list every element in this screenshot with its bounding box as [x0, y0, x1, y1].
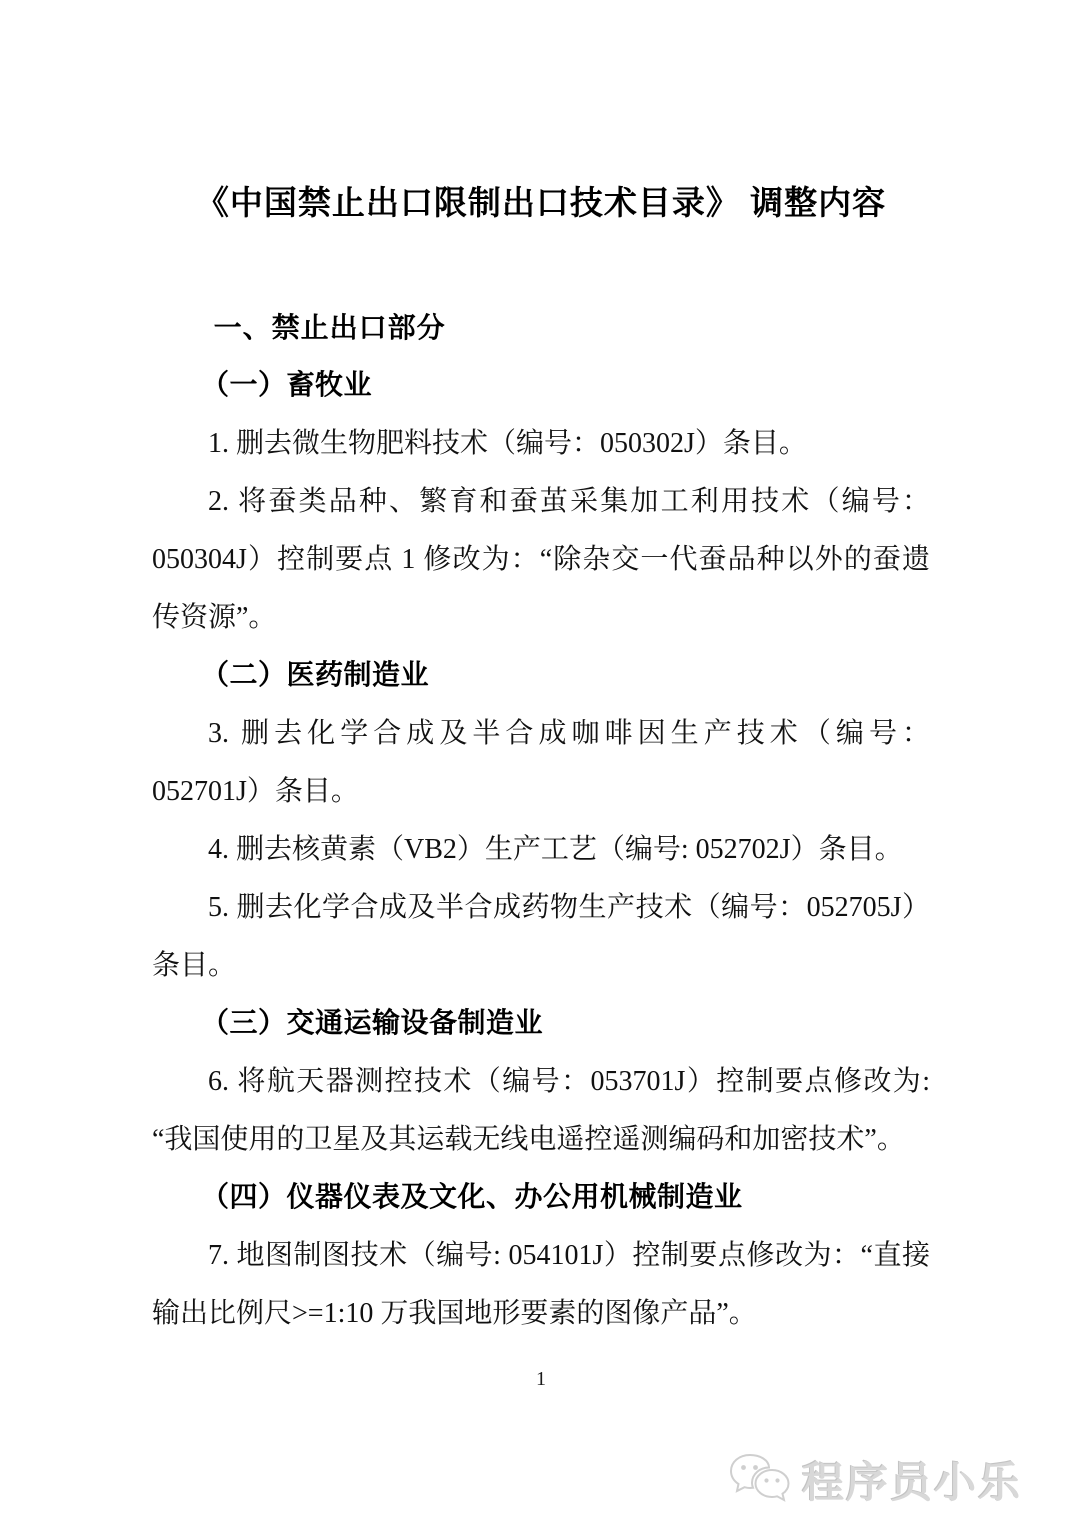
- subsection-heading-animal-husbandry: （一）畜牧业: [152, 357, 930, 415]
- section-heading-prohibited-export: 一、禁止出口部分: [152, 299, 930, 357]
- subsection-heading-pharmaceutical: （二）医药制造业: [152, 647, 930, 705]
- paragraph-item-1: 1. 删去微生物肥料技术（编号：050302J）条目。: [152, 415, 930, 473]
- page-number: 1: [152, 1367, 930, 1391]
- paragraph-item-3: 3. 删去化学合成及半合成咖啡因生产技术（编号：052701J）条目。: [152, 705, 930, 821]
- paragraph-item-6: 6. 将航天器测控技术（编号：053701J）控制要点修改为:“我国使用的卫星及…: [152, 1053, 930, 1169]
- subsection-heading-instruments-office-machinery: （四）仪器仪表及文化、办公用机械制造业: [152, 1169, 930, 1227]
- watermark: 程序员小乐: [728, 1450, 1022, 1510]
- paragraph-item-4: 4. 删去核黄素（VB2）生产工艺（编号: 052702J）条目。: [152, 821, 930, 879]
- subsection-heading-transport-equipment: （三）交通运输设备制造业: [152, 995, 930, 1053]
- watermark-text: 程序员小乐: [802, 1450, 1022, 1510]
- document-content: 《中国禁止出口限制出口技术目录》 调整内容 一、禁止出口部分 （一）畜牧业 1.…: [0, 0, 1080, 1391]
- document-title: 《中国禁止出口限制出口技术目录》 调整内容: [152, 0, 930, 223]
- wechat-icon: [728, 1451, 794, 1509]
- document-page: 《中国禁止出口限制出口技术目录》 调整内容 一、禁止出口部分 （一）畜牧业 1.…: [0, 0, 1080, 1534]
- paragraph-item-7: 7. 地图制图技术（编号: 054101J）控制要点修改为：“直接输出比例尺>=…: [152, 1227, 930, 1343]
- paragraph-item-2: 2. 将蚕类品种、繁育和蚕茧采集加工利用技术（编号：050304J）控制要点 1…: [152, 473, 930, 647]
- paragraph-item-5: 5. 删去化学合成及半合成药物生产技术（编号：052705J）条目。: [152, 879, 930, 995]
